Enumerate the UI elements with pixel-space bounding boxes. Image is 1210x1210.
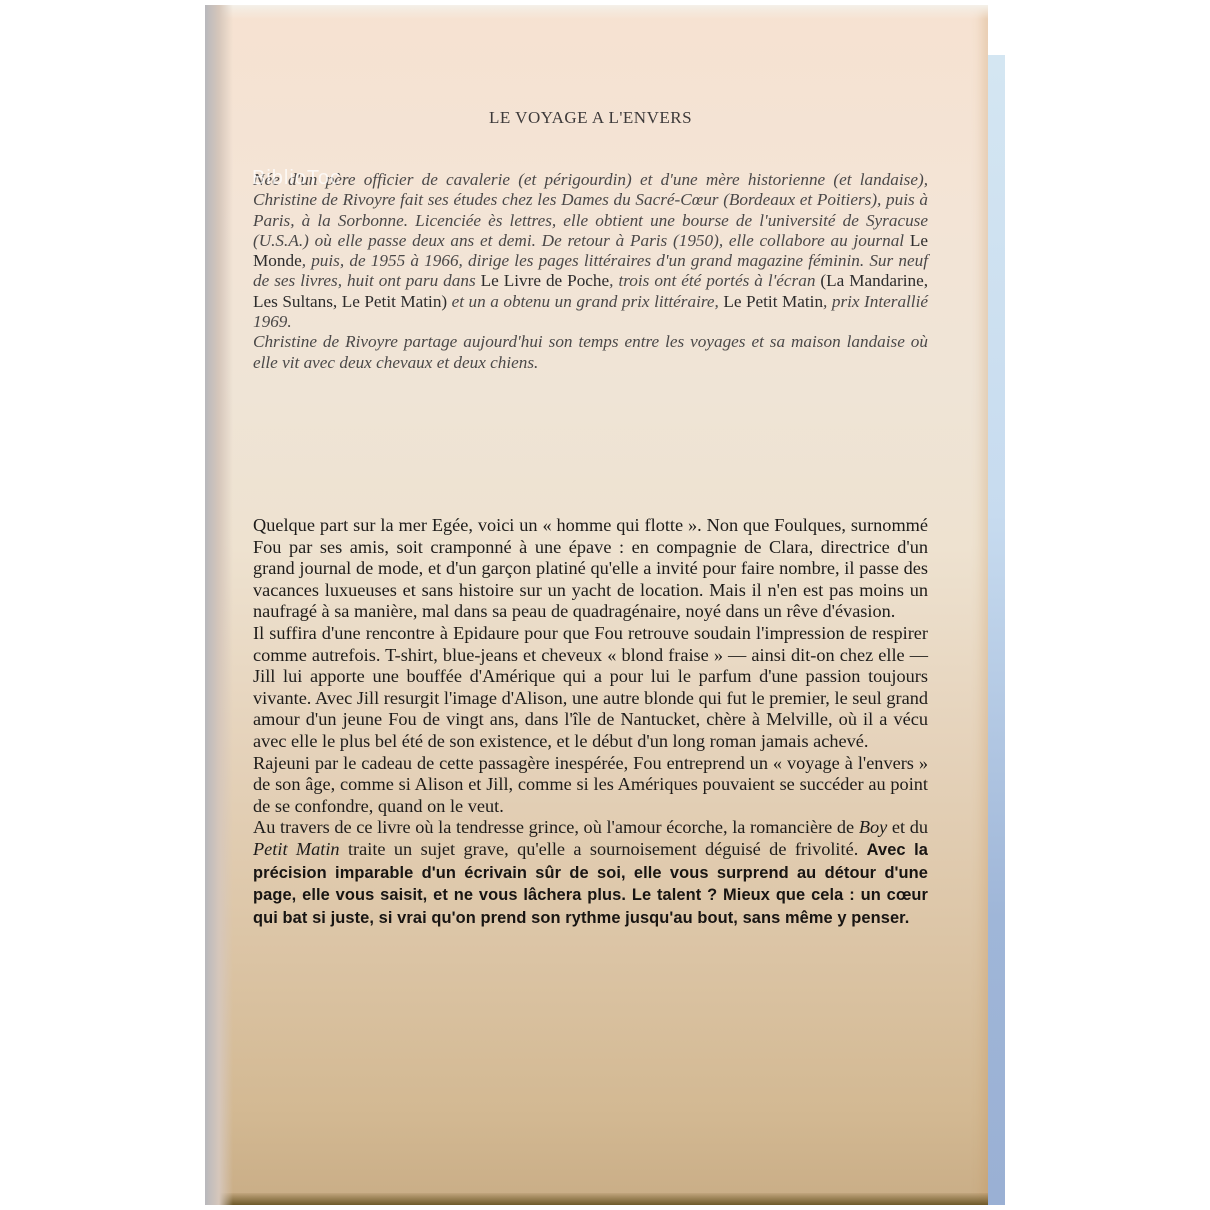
bio-paragraph-1: Née d'un père officier de cavalerie (et … [253,170,928,332]
text-segment: Boy [859,817,887,837]
text-segment: Le Livre de Poche [481,271,610,290]
summary-paragraph-2: Il suffira d'une rencontre à Epidaure po… [253,623,928,753]
watermark: BiblioToc [252,167,341,190]
text-segment: et du [887,817,928,837]
text-segment: Née d'un père officier de cavalerie (et … [253,170,928,250]
book-title: LE VOYAGE A L'ENVERS [253,108,928,128]
bio-paragraph-2: Christine de Rivoyre partage aujourd'hui… [253,332,928,373]
summary-paragraph-1: Quelque part sur la mer Egée, voici un «… [253,515,928,623]
text-segment: Au travers de ce livre où la tendresse g… [253,817,859,837]
summary-paragraph-4: Au travers de ce livre où la tendresse g… [253,817,928,929]
summary-paragraph-3: Rajeuni par le cadeau de cette passagère… [253,753,928,818]
text-segment: et un a obtenu un grand prix littéraire, [447,292,723,311]
text-segment: Le Petit Matin [723,292,823,311]
page-gutter-shadow [205,5,233,1205]
text-segment: , trois ont été portés à l'écran [609,271,820,290]
text-segment: Petit Matin [253,839,340,859]
text-segment: traite un sujet grave, qu'elle a sournoi… [340,839,867,859]
page-top-fold [205,5,988,19]
page-bottom-edge [205,1193,988,1205]
book-summary: Quelque part sur la mer Egée, voici un «… [253,515,928,929]
book-page: LE VOYAGE A L'ENVERS Née d'un père offic… [205,5,988,1205]
author-biography: Née d'un père officier de cavalerie (et … [253,170,928,373]
